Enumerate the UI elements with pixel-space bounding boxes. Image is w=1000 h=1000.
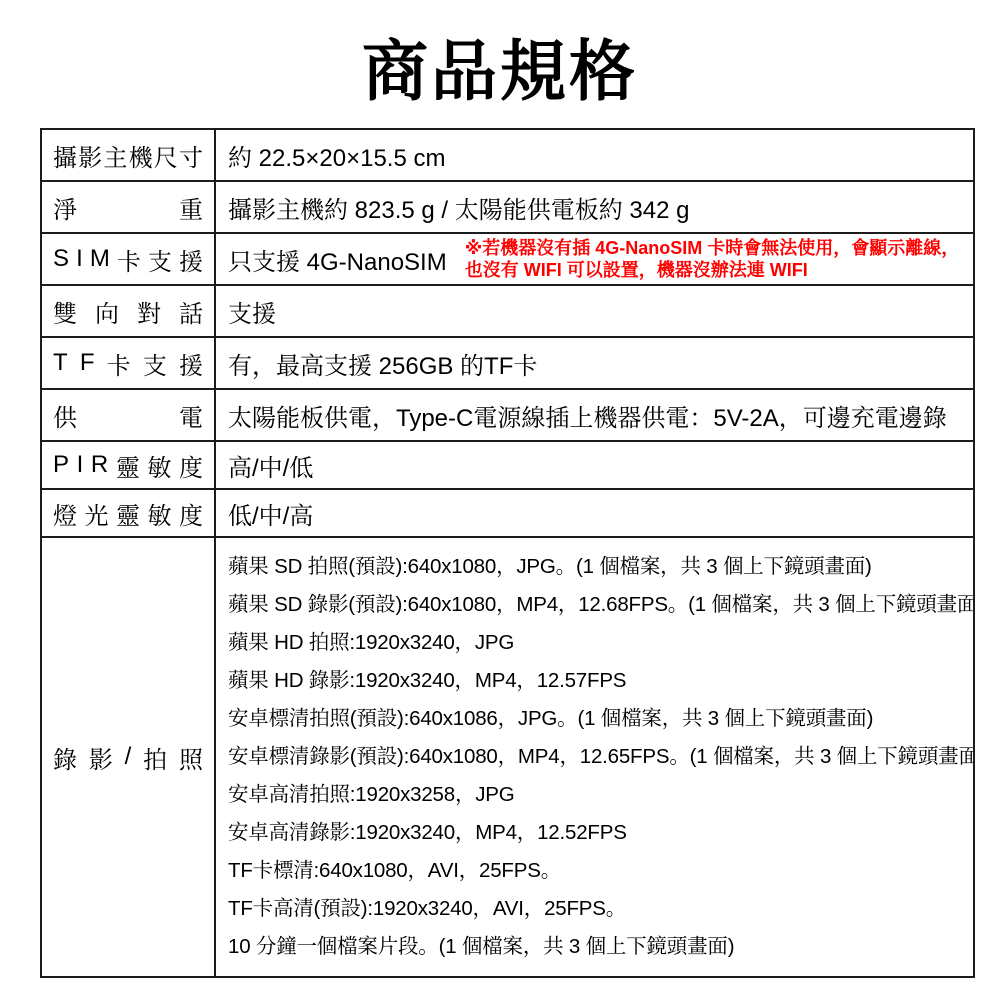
- sim-value-wrap: 只支援 4G-NanoSIM ※若機器沒有插 4G-NanoSIM 卡時會無法使…: [228, 237, 961, 282]
- row-weight: 淨重 攝影主機約 823.5 g / 太陽能供電板約 342 g: [41, 181, 974, 233]
- row-pir-sensitivity: PIR靈敏度 高/中/低: [41, 441, 974, 489]
- sim-warning-line-2: 也沒有 WIFI 可以設置，機器沒辦法連 WIFI: [465, 259, 960, 282]
- row-two-way-talk: 雙向對話 支援: [41, 285, 974, 337]
- row-value-dimensions: 約 22.5×20×15.5 cm: [215, 129, 974, 181]
- spec-line-tf-sd: TF卡標清:640x1080，AVI，25FPS。: [228, 852, 961, 890]
- row-dimensions: 攝影主機尺寸 約 22.5×20×15.5 cm: [41, 129, 974, 181]
- row-value-pir-sensitivity: 高/中/低: [215, 441, 974, 489]
- sim-warning-line-1: ※若機器沒有插 4G-NanoSIM 卡時會無法使用，會顯示離線，: [465, 237, 960, 260]
- row-label-pir-sensitivity: PIR靈敏度: [53, 448, 203, 483]
- row-value-two-way-talk: 支援: [215, 285, 974, 337]
- row-value-weight: 攝影主機約 823.5 g / 太陽能供電板約 342 g: [215, 181, 974, 233]
- spec-line-android-sd-video: 安卓標清錄影(預設):640x1080，MP4，12.65FPS。(1 個檔案，…: [228, 738, 961, 776]
- spec-line-ios-hd-video: 蘋果 HD 錄影:1920x3240，MP4，12.57FPS: [228, 662, 961, 700]
- row-label-dimensions: 攝影主機尺寸: [53, 138, 203, 173]
- recording-spec-lines: 蘋果 SD 拍照(預設):640x1080，JPG。(1 個檔案，共 3 個上下…: [215, 537, 974, 977]
- row-tf-card: TF卡支援 有，最高支援 256GB 的TF卡: [41, 337, 974, 389]
- spec-sheet-page: 商品規格 攝影主機尺寸 約 22.5×20×15.5 cm 淨重 攝影主機約 8…: [0, 0, 1000, 1000]
- spec-line-android-sd-photo: 安卓標清拍照(預設):640x1086，JPG。(1 個檔案，共 3 個上下鏡頭…: [228, 700, 961, 738]
- spec-table: 攝影主機尺寸 約 22.5×20×15.5 cm 淨重 攝影主機約 823.5 …: [40, 128, 975, 978]
- spec-line-ios-sd-photo: 蘋果 SD 拍照(預設):640x1080，JPG。(1 個檔案，共 3 個上下…: [228, 548, 961, 586]
- row-label-recording-photo: 錄影/拍照: [53, 740, 203, 775]
- spec-line-tf-hd: TF卡高清(預設):1920x3240，AVI，25FPS。: [228, 890, 961, 928]
- row-value-power: 太陽能板供電，Type-C電源線插上機器供電：5V-2A，可邊充電邊錄: [215, 389, 974, 441]
- spec-line-ios-hd-photo: 蘋果 HD 拍照:1920x3240，JPG: [228, 624, 961, 662]
- row-value-light-sensitivity: 低/中/高: [215, 489, 974, 537]
- spec-line-ios-sd-video: 蘋果 SD 錄影(預設):640x1080，MP4，12.68FPS。(1 個檔…: [228, 586, 961, 624]
- spec-line-file-segment: 10 分鐘一個檔案片段。(1 個檔案，共 3 個上下鏡頭畫面): [228, 928, 961, 966]
- row-label-two-way-talk: 雙向對話: [53, 294, 203, 329]
- row-power: 供電 太陽能板供電，Type-C電源線插上機器供電：5V-2A，可邊充電邊錄: [41, 389, 974, 441]
- row-label-power: 供電: [53, 398, 203, 433]
- row-recording-photo: 錄影/拍照 蘋果 SD 拍照(預設):640x1080，JPG。(1 個檔案，共…: [41, 537, 974, 977]
- row-label-weight: 淨重: [53, 190, 203, 225]
- row-light-sensitivity: 燈光靈敏度 低/中/高: [41, 489, 974, 537]
- spec-line-android-hd-photo: 安卓高清拍照:1920x3258，JPG: [228, 776, 961, 814]
- row-value-tf-card: 有，最高支援 256GB 的TF卡: [215, 337, 974, 389]
- row-label-tf-card: TF卡支援: [53, 346, 203, 381]
- row-value-sim-support: 只支援 4G-NanoSIM: [228, 242, 447, 277]
- row-sim-support: SIM卡支援 只支援 4G-NanoSIM ※若機器沒有插 4G-NanoSIM…: [41, 233, 974, 285]
- row-label-light-sensitivity: 燈光靈敏度: [53, 496, 203, 531]
- sim-warning-note: ※若機器沒有插 4G-NanoSIM 卡時會無法使用，會顯示離線， 也沒有 WI…: [465, 237, 960, 282]
- page-title: 商品規格: [0, 18, 1000, 113]
- spec-line-android-hd-video: 安卓高清錄影:1920x3240，MP4，12.52FPS: [228, 814, 961, 852]
- row-label-sim-support: SIM卡支援: [53, 242, 203, 277]
